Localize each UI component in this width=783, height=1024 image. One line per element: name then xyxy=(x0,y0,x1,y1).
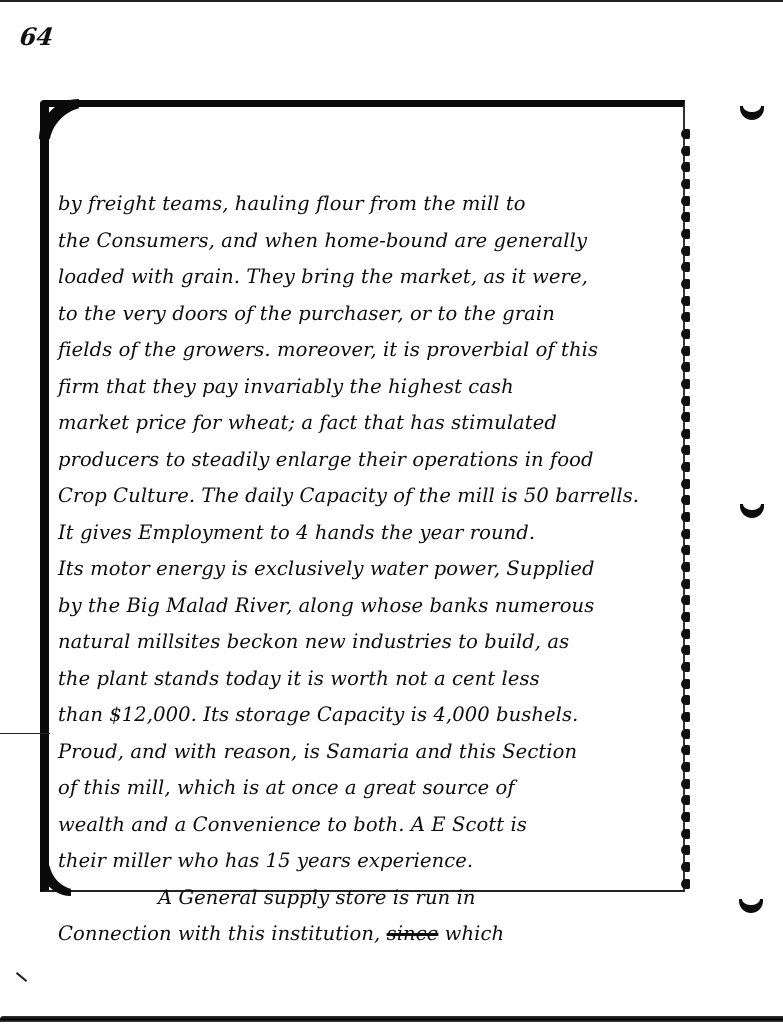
text-line-content: firm that they pay invariably the highes… xyxy=(58,375,514,398)
text-line: Its motor energy is exclusively water po… xyxy=(58,551,688,588)
spiral-coil-icon xyxy=(681,129,690,139)
text-line-content: A General supply store is run in xyxy=(158,886,476,909)
text-line-content: It gives Employment to 4 hands the year … xyxy=(58,521,535,544)
text-line-content: to the very doors of the purchaser, or t… xyxy=(58,302,555,325)
text-line: market price for wheat; a fact that has … xyxy=(58,405,688,442)
text-line: the Consumers, and when home-bound are g… xyxy=(58,223,688,260)
struck-word: since xyxy=(387,922,439,945)
hole-punch-icon xyxy=(739,899,763,913)
text-line: firm that they pay invariably the highes… xyxy=(58,369,688,406)
text-line: natural millsites beckon new industries … xyxy=(58,624,688,661)
spiral-coil-icon xyxy=(681,146,690,156)
text-line-content: of this mill, which is at once a great s… xyxy=(58,776,515,799)
text-line: Proud, and with reason, is Samaria and t… xyxy=(58,734,688,771)
text-line: their miller who has 15 years experience… xyxy=(58,843,688,880)
text-line: producers to steadily enlarge their oper… xyxy=(58,442,688,479)
page-number: 64 xyxy=(18,22,54,51)
text-line-content: loaded with grain. They bring the market… xyxy=(58,265,588,288)
text-line-content: the Consumers, and when home-bound are g… xyxy=(58,229,587,252)
scan-top-edge xyxy=(0,0,783,2)
text-line: by the Big Malad River, along whose bank… xyxy=(58,588,688,625)
text-line-content: Proud, and with reason, is Samaria and t… xyxy=(58,740,577,763)
text-line: wealth and a Convenience to both. A E Sc… xyxy=(58,807,688,844)
frame-corner-top-left xyxy=(49,107,89,147)
text-line: Crop Culture. The daily Capacity of the … xyxy=(58,478,688,515)
text-line-content: the plant stands today it is worth not a… xyxy=(58,667,540,690)
text-line-content: by freight teams, hauling flour from the… xyxy=(58,192,526,215)
text-line: loaded with grain. They bring the market… xyxy=(58,259,688,296)
text-line: the plant stands today it is worth not a… xyxy=(58,661,688,698)
text-line-content: producers to steadily enlarge their oper… xyxy=(58,448,594,471)
text-line-content: fields of the growers. moreover, it is p… xyxy=(58,338,598,361)
text-line-content: Connection with this institution, xyxy=(58,922,387,945)
text-line: of this mill, which is at once a great s… xyxy=(58,770,688,807)
text-line-content: market price for wheat; a fact that has … xyxy=(58,411,557,434)
text-line: by freight teams, hauling flour from the… xyxy=(58,186,688,223)
text-line-content: wealth and a Convenience to both. A E Sc… xyxy=(58,813,527,836)
text-line: than $12,000. Its storage Capacity is 4,… xyxy=(58,697,688,734)
text-line-content: than $12,000. Its storage Capacity is 4,… xyxy=(58,703,578,726)
text-line: Connection with this institution, since … xyxy=(58,916,688,953)
text-line-content: natural millsites beckon new industries … xyxy=(58,630,569,653)
hole-punch-icon xyxy=(740,504,764,518)
text-line-content: by the Big Malad River, along whose bank… xyxy=(58,594,594,617)
text-line-content: their miller who has 15 years experience… xyxy=(58,849,473,872)
spiral-coil-icon xyxy=(681,162,690,172)
text-line: to the very doors of the purchaser, or t… xyxy=(58,296,688,333)
text-line-content: Its motor energy is exclusively water po… xyxy=(58,557,595,580)
handwritten-text-body: by freight teams, hauling flour from the… xyxy=(58,186,688,953)
scan-artifact xyxy=(16,972,27,982)
text-line: It gives Employment to 4 hands the year … xyxy=(58,515,688,552)
hole-punch-icon xyxy=(740,106,764,120)
text-line-content: Crop Culture. The daily Capacity of the … xyxy=(58,484,639,507)
margin-mark xyxy=(0,733,50,734)
text-line-continuation: which xyxy=(438,922,504,945)
text-line: fields of the growers. moreover, it is p… xyxy=(58,332,688,369)
text-line: A General supply store is run in xyxy=(58,880,688,917)
scan-bottom-edge xyxy=(0,1016,783,1022)
